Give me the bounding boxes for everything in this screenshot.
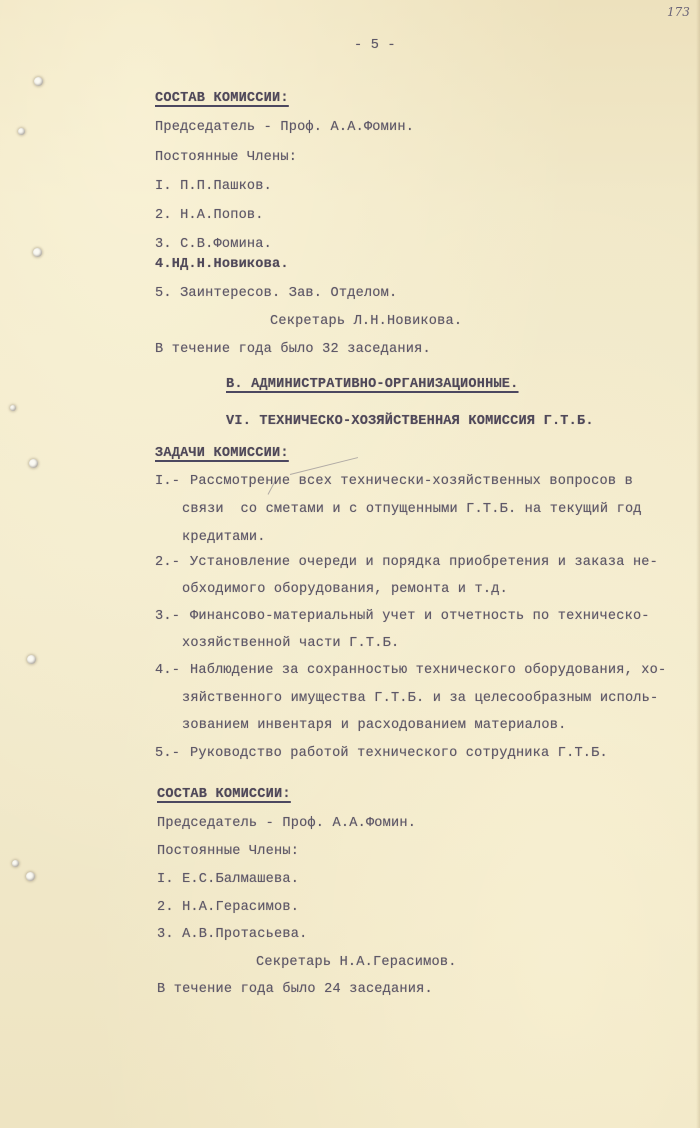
task-line: связи со сметами и с отпущенными Г.Т.Б. … xyxy=(182,501,642,519)
member-item: I. Е.С.Балмашева. xyxy=(157,871,299,889)
member-item: 5. Заинтересов. Зав. Отделом. xyxy=(155,285,397,303)
archive-folio-number: 173 xyxy=(667,5,690,19)
composition-heading-1: СОСТАВ КОМИССИИ: xyxy=(155,90,289,108)
punch-hole xyxy=(29,459,38,468)
member-item: 4.НД.Н.Новикова. xyxy=(155,256,289,274)
punch-hole xyxy=(26,872,35,881)
member-item: 3. А.В.Протасьева. xyxy=(157,926,307,944)
member-item: 2. Н.А.Попов. xyxy=(155,207,264,225)
task-number: 5.- xyxy=(155,745,180,763)
task-line: хозяйственной части Г.Т.Б. xyxy=(182,635,399,653)
member-item: I. П.П.Пашков. xyxy=(155,178,272,196)
task-number: 2.- xyxy=(155,554,180,572)
punch-hole xyxy=(34,77,43,86)
punch-hole xyxy=(12,860,19,867)
task-number: I.- xyxy=(155,473,180,491)
meetings-count-1: В течение года было 32 заседания. xyxy=(155,341,431,359)
task-line: зованием инвентаря и расходованием матер… xyxy=(182,717,566,735)
permanent-members-label-1: Постоянные Члены: xyxy=(155,149,297,167)
task-line: Установление очереди и порядка приобрете… xyxy=(190,554,658,572)
chairman-2: Председатель - Проф. А.А.Фомин. xyxy=(157,815,416,833)
page-edge xyxy=(696,0,700,1128)
member-item: 2. Н.А.Герасимов. xyxy=(157,899,299,917)
secretary-1: Секретарь Л.Н.Новикова. xyxy=(270,313,462,331)
task-line: кредитами. xyxy=(182,529,266,547)
task-line: Руководство работой технического сотрудн… xyxy=(190,745,608,763)
punch-hole xyxy=(27,655,36,664)
chairman-1: Председатель - Проф. А.А.Фомин. xyxy=(155,119,414,137)
task-line: Наблюдение за сохранностью технического … xyxy=(190,662,666,680)
task-line: обходимого оборудования, ремонта и т.д. xyxy=(182,581,508,599)
punch-hole xyxy=(10,405,16,411)
task-line: Финансово-материальный учет и отчетность… xyxy=(190,608,650,626)
member-item: 3. С.В.Фомина. xyxy=(155,236,272,254)
punch-hole xyxy=(33,248,42,257)
task-number: 4.- xyxy=(155,662,180,680)
page-number: - 5 - xyxy=(354,37,396,55)
composition-heading-2: СОСТАВ КОМИССИИ: xyxy=(157,786,291,804)
document-page: 173 - 5 - СОСТАВ КОМИССИИ: Председатель … xyxy=(0,0,700,1128)
secretary-2: Секретарь Н.А.Герасимов. xyxy=(256,954,457,972)
commission-title: VI. ТЕХНИЧЕСКО-ХОЗЯЙСТВЕННАЯ КОМИССИЯ Г.… xyxy=(226,413,594,431)
permanent-members-label-2: Постоянные Члены: xyxy=(157,843,299,861)
task-line: зяйственного имущества Г.Т.Б. и за целес… xyxy=(182,690,658,708)
task-line: Рассмотрение всех технически-хозяйственн… xyxy=(190,473,633,491)
meetings-count-2: В течение года было 24 заседания. xyxy=(157,981,433,999)
tasks-heading: ЗАДАЧИ КОМИССИИ: xyxy=(155,445,289,463)
punch-hole xyxy=(18,128,25,135)
task-number: 3.- xyxy=(155,608,180,626)
section-heading: В. АДМИНИСТРАТИВНО-ОРГАНИЗАЦИОННЫЕ. xyxy=(226,376,519,394)
